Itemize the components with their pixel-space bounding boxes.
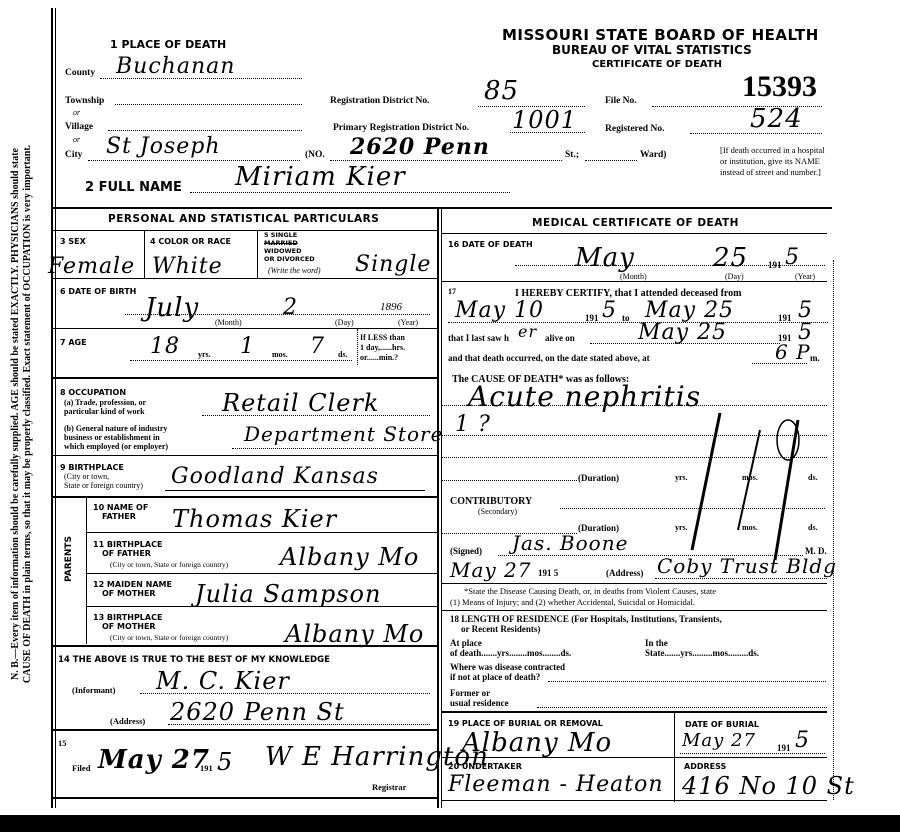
burial-place-value[interactable]: Albany Mo	[462, 728, 612, 758]
burial-date-label: DATE OF BURIAL	[685, 720, 759, 729]
form-left-border	[51, 8, 53, 808]
last-saw-label: that I last saw h	[448, 333, 509, 343]
burial-year-prefix: 191	[777, 743, 791, 753]
row-line	[52, 230, 437, 231]
row-line	[52, 797, 437, 799]
undertaker-address-label: ADDRESS	[684, 762, 726, 771]
marital-option-single: 5 SINGLE	[264, 231, 315, 239]
marital-options: 5 SINGLE MARRIED WIDOWED OR DIVORCED	[264, 231, 315, 263]
city-label: City	[65, 150, 82, 160]
secondary-label: (Secondary)	[478, 507, 517, 516]
at-place-line-2: of death.......yrs........mos........ds.	[450, 648, 571, 658]
row-line	[52, 377, 437, 379]
physician-signature: Jas. Boone	[512, 531, 628, 555]
state-board-title: MISSOURI STATE BOARD OF HEALTH	[502, 26, 819, 44]
row-line	[442, 711, 827, 713]
true-statement-label: 14 THE ABOVE IS TRUE TO THE BEST OF MY K…	[58, 655, 330, 665]
row-line	[442, 233, 827, 234]
mother-birthplace-label: 13 BIRTHPLACE OF MOTHER	[93, 613, 162, 631]
attended-from-year: 5	[602, 298, 617, 323]
cell-divider	[257, 231, 258, 278]
former-residence-line-1: Former or	[450, 688, 509, 698]
registered-no-value: 524	[750, 104, 803, 134]
st-label: St.;	[565, 150, 579, 160]
mother-label-1: 12 MAIDEN NAME	[93, 580, 172, 589]
birthplace-value: Goodland Kansas	[171, 464, 379, 489]
dod-day: 25	[713, 243, 748, 273]
day-hint: (Day)	[335, 318, 354, 327]
dob-year: 1896	[380, 301, 402, 313]
primary-registration-field[interactable]: 1001	[510, 110, 585, 133]
registration-district-value: 85	[484, 76, 519, 106]
cause-of-death-value-2: 1 ?	[455, 412, 491, 437]
full-name-label: 2 FULL NAME	[85, 180, 182, 195]
last-saw-pronoun: er	[518, 322, 537, 341]
footnote: *State the Disease Causing Death, or, in…	[450, 586, 716, 608]
registered-no-label: Registered No.	[605, 124, 664, 134]
dod-year: 5	[785, 245, 800, 270]
day-hint: (Day)	[725, 272, 744, 281]
dod-month: May	[575, 243, 635, 273]
row-line	[86, 606, 437, 607]
alive-on-label: alive on	[545, 333, 575, 343]
row-line	[442, 281, 827, 282]
father-name-label: 10 NAME OF FATHER	[93, 503, 148, 521]
row-line	[52, 645, 437, 647]
primary-registration-label: Primary Registration District No.	[333, 123, 469, 133]
cell-divider	[357, 329, 358, 365]
dob-month: July	[145, 293, 199, 323]
occupation-a-line-2: particular kind of work	[64, 407, 146, 416]
at-place-of-death[interactable]: At place of death.......yrs........mos..…	[450, 638, 571, 658]
row-line	[86, 532, 437, 533]
place-of-death-heading: 1 PLACE OF DEATH	[110, 38, 226, 51]
occurred-text: and that death occurred, on the date sta…	[448, 353, 650, 363]
birthplace-hint: (City or town, State or foreign country)	[64, 472, 143, 490]
filed-label: Filed	[72, 763, 90, 773]
mos-label: mos.	[272, 350, 288, 359]
street-field[interactable]: 2620 Penn	[330, 140, 562, 161]
father-birthplace-value[interactable]: Albany Mo	[280, 543, 419, 571]
row-line	[52, 496, 437, 498]
father-name-value[interactable]: Thomas Kier	[172, 505, 337, 533]
year-prefix: 191	[778, 313, 792, 323]
less-than-line-3: or......min.?	[360, 353, 405, 363]
informant-value: M. C. Kier	[156, 667, 290, 695]
father-birthplace-hint: (City or town, State or foreign country)	[110, 560, 228, 569]
row-line	[442, 757, 827, 758]
dob-label: 6 DATE OF BIRTH	[60, 287, 136, 296]
mother-label-2: OF MOTHER	[93, 589, 172, 598]
former-residence-label: Former or usual residence	[450, 688, 509, 708]
year-hint: (Year)	[795, 272, 815, 281]
physician-address-value: Coby Trust Bldg	[657, 554, 837, 578]
parents-label: PARENTS	[64, 548, 74, 582]
primary-registration-value: 1001	[512, 106, 577, 134]
physician-address-label: (Address)	[606, 568, 643, 578]
residence-line-2: or Recent Residents)	[450, 624, 722, 634]
sex-value[interactable]: Female	[48, 254, 135, 279]
filed-number: 15	[58, 738, 67, 748]
birthplace-hint-2: State or foreign country)	[64, 481, 143, 490]
father-label-1: 10 NAME OF	[93, 503, 148, 512]
county-field[interactable]: Buchanan	[100, 58, 302, 79]
mother-birthplace-hint: (City or town, State or foreign country)	[110, 633, 228, 642]
side-note-line-2: CAUSE OF DEATH in plain terms, so that i…	[22, 4, 34, 824]
or-label: or	[73, 135, 80, 144]
hospital-note: [If death occurred in a hospital or inst…	[720, 145, 830, 178]
death-time: 6 P	[775, 340, 811, 364]
parents-divider	[86, 497, 87, 644]
residence-line-1: 18 LENGTH OF RESIDENCE (For Hospitals, I…	[450, 614, 722, 624]
father-bp-label-1: 11 BIRTHPLACE	[93, 540, 162, 549]
marital-value[interactable]: Single	[355, 252, 431, 277]
occupation-a-field[interactable]: Retail Clerk	[202, 395, 430, 416]
father-label-2: FATHER	[93, 512, 148, 521]
informant-field[interactable]: M. C. Kier	[140, 675, 430, 694]
signed-label: (Signed)	[450, 546, 482, 556]
column-divider	[437, 208, 439, 808]
registrar-label: Registrar	[372, 782, 406, 792]
less-than-note: If LESS than 1 day,......hrs. or......mi…	[360, 333, 405, 363]
cause-of-death-value: Acute nephritis	[468, 380, 701, 413]
filed-year-prefix: 191	[200, 763, 213, 773]
certify-number: 17	[448, 287, 456, 296]
in-state-line-1: In the	[645, 638, 759, 648]
occupation-b-label: (b) General nature of industry business …	[64, 424, 168, 451]
bureau-title: BUREAU OF VITAL STATISTICS	[552, 43, 752, 57]
filed-year: 5	[217, 748, 233, 776]
sex-label: 3 SEX	[60, 237, 86, 246]
registered-no-field[interactable]: 524	[690, 108, 822, 134]
former-residence-field[interactable]	[537, 699, 827, 708]
less-than-line-1: If LESS than	[360, 333, 405, 343]
row-line	[52, 278, 437, 279]
birthplace-label: 9 BIRTHPLACE	[60, 463, 124, 472]
burial-year: 5	[795, 728, 810, 753]
row-line	[86, 573, 437, 574]
ds-label: ds.	[338, 350, 348, 359]
occupation-label: 8 OCCUPATION	[60, 388, 126, 397]
row-line	[442, 800, 827, 801]
marital-option-divorced: OR DIVORCED	[264, 255, 315, 263]
city-value: St Joseph	[106, 134, 221, 159]
race-value[interactable]: White	[152, 254, 223, 279]
month-hint: (Month)	[215, 318, 242, 327]
column-divider-inner	[441, 208, 442, 808]
registration-district-label: Registration District No.	[330, 96, 429, 106]
ward-label: Ward)	[640, 150, 666, 160]
row-line	[442, 610, 827, 611]
to-label: to	[622, 313, 630, 323]
month-hint: (Month)	[620, 272, 647, 281]
footnote-line-2: (1) Means of Injury; and (2) whether Acc…	[450, 597, 716, 608]
informant-address-label: (Address)	[110, 716, 145, 726]
mother-birthplace-value[interactable]: Albany Mo	[285, 620, 424, 648]
informant-label: (Informant)	[72, 685, 115, 695]
township-label: Township	[65, 96, 104, 106]
occupation-b-field[interactable]: Department Store	[232, 428, 432, 449]
age-years: 18	[150, 334, 180, 359]
informant-address-value: 2620 Penn St	[170, 698, 345, 726]
former-residence-line-2: usual residence	[450, 698, 509, 708]
father-bp-label-2: OF FATHER	[93, 549, 162, 558]
occupation-b-line-1: (b) General nature of industry	[64, 424, 168, 433]
age-months: 1	[240, 334, 255, 359]
ward-field[interactable]	[585, 150, 637, 161]
date-of-death-label: 16 DATE OF DEATH	[448, 240, 533, 249]
township-field[interactable]	[115, 94, 302, 105]
medical-heading: MEDICAL CERTIFICATE OF DEATH	[532, 217, 739, 229]
row-line	[442, 583, 827, 584]
mother-name-label: 12 MAIDEN NAME OF MOTHER	[93, 580, 172, 598]
at-place-line-1: At place	[450, 638, 571, 648]
form-right-edge	[833, 260, 834, 800]
attended-from: May 10	[455, 298, 544, 323]
mother-bp-label-1: 13 BIRTHPLACE	[93, 613, 162, 622]
side-note-line-1: N. B.—Every item of information should b…	[10, 4, 22, 824]
city-field[interactable]: St Joseph	[88, 140, 300, 161]
street-value: 2620 Penn	[350, 134, 490, 160]
last-saw-date: May 25	[638, 320, 727, 345]
county-label: County	[65, 68, 95, 78]
county-value: Buchanan	[116, 54, 235, 79]
father-birthplace-label: 11 BIRTHPLACE OF FATHER	[93, 540, 162, 558]
occupation-b-value: Department Store	[244, 422, 443, 446]
year-hint: (Year)	[398, 318, 418, 327]
race-label: 4 COLOR OR RACE	[150, 237, 231, 246]
mother-name-value[interactable]: Julia Sampson	[195, 580, 381, 608]
signed-year: 191 5	[538, 568, 558, 578]
where-contracted-line-1: Where was disease contracted	[450, 662, 565, 672]
signed-date[interactable]: May 27	[450, 558, 532, 582]
mother-bp-label-2: OF MOTHER	[93, 622, 162, 631]
duration-leader	[442, 470, 577, 481]
footnote-line-1: *State the Disease Causing Death, or, in…	[450, 586, 716, 597]
full-name-field[interactable]: Miriam Kier	[190, 168, 510, 193]
undertaker-label: 20 UNDERTAKER	[448, 762, 522, 771]
age-label: 7 AGE	[60, 338, 87, 347]
less-than-line-2: 1 day,......hrs.	[360, 343, 405, 353]
in-state-line-2: State.......yrs.........mos.........ds.	[645, 648, 759, 658]
yrs-label: yrs.	[198, 350, 211, 359]
cell-divider	[144, 231, 145, 278]
age-days: 7	[310, 334, 325, 359]
contributory-label: CONTRIBUTORY	[450, 496, 532, 507]
registration-district-field[interactable]: 85	[478, 78, 585, 107]
where-contracted-field[interactable]	[548, 673, 826, 682]
pen-slash-marks-icon	[680, 395, 810, 565]
burial-date-value: May 27	[682, 730, 756, 751]
row-line	[52, 455, 437, 456]
occupation-a-line-1: (a) Trade, profession, or	[64, 398, 146, 407]
or-label: or	[73, 108, 80, 117]
birthplace-hint-1: (City or town,	[64, 472, 143, 481]
section-divider	[52, 207, 832, 209]
village-label: Village	[65, 122, 93, 132]
marital-option-widowed: WIDOWED	[264, 247, 315, 255]
row-line	[52, 328, 437, 329]
certificate-title: CERTIFICATE OF DEATH	[592, 59, 722, 70]
personal-heading: PERSONAL AND STATISTICAL PARTICULARS	[108, 213, 379, 225]
occupation-a-label: (a) Trade, profession, or particular kin…	[64, 398, 146, 416]
scan-border-bottom	[0, 815, 900, 832]
duration-label: (Duration)	[578, 473, 619, 483]
physician-address-field[interactable]: Coby Trust Bldg	[655, 568, 827, 579]
side-instructions-note: N. B.—Every item of information should b…	[10, 4, 34, 824]
filed-date[interactable]: May 27	[98, 745, 210, 775]
village-field[interactable]	[108, 120, 302, 131]
form-left-border-inner	[55, 8, 56, 808]
undertaker-address-value[interactable]: 416 No 10 St	[682, 772, 855, 800]
street-no-label: (NO.	[305, 150, 325, 160]
occupation-b-line-2: business or establishment in	[64, 433, 168, 442]
informant-address-field[interactable]: 2620 Penn St	[168, 706, 430, 725]
row-line	[52, 729, 437, 731]
full-name-value: Miriam Kier	[235, 162, 406, 192]
dob-day: 2	[283, 295, 298, 320]
occupation-a-value: Retail Clerk	[222, 389, 379, 417]
m-label: m.	[810, 353, 820, 363]
residence-label: 18 LENGTH OF RESIDENCE (For Hospitals, I…	[450, 614, 722, 634]
marital-option-married: MARRIED	[264, 239, 315, 247]
file-no-label: File No.	[605, 96, 637, 106]
birthplace-field[interactable]: Goodland Kansas	[165, 470, 425, 491]
in-the-state[interactable]: In the State.......yrs.........mos......…	[645, 638, 759, 658]
burial-place-label: 19 PLACE OF BURIAL OR REMOVAL	[448, 719, 603, 728]
marital-hint: (Write the word)	[268, 266, 321, 275]
year-prefix: 191	[585, 313, 599, 323]
undertaker-value[interactable]: Fleeman - Heaton	[448, 772, 663, 797]
dod-year-prefix: 191	[768, 260, 782, 270]
occupation-b-line-3: which employed (or employer)	[64, 442, 168, 451]
